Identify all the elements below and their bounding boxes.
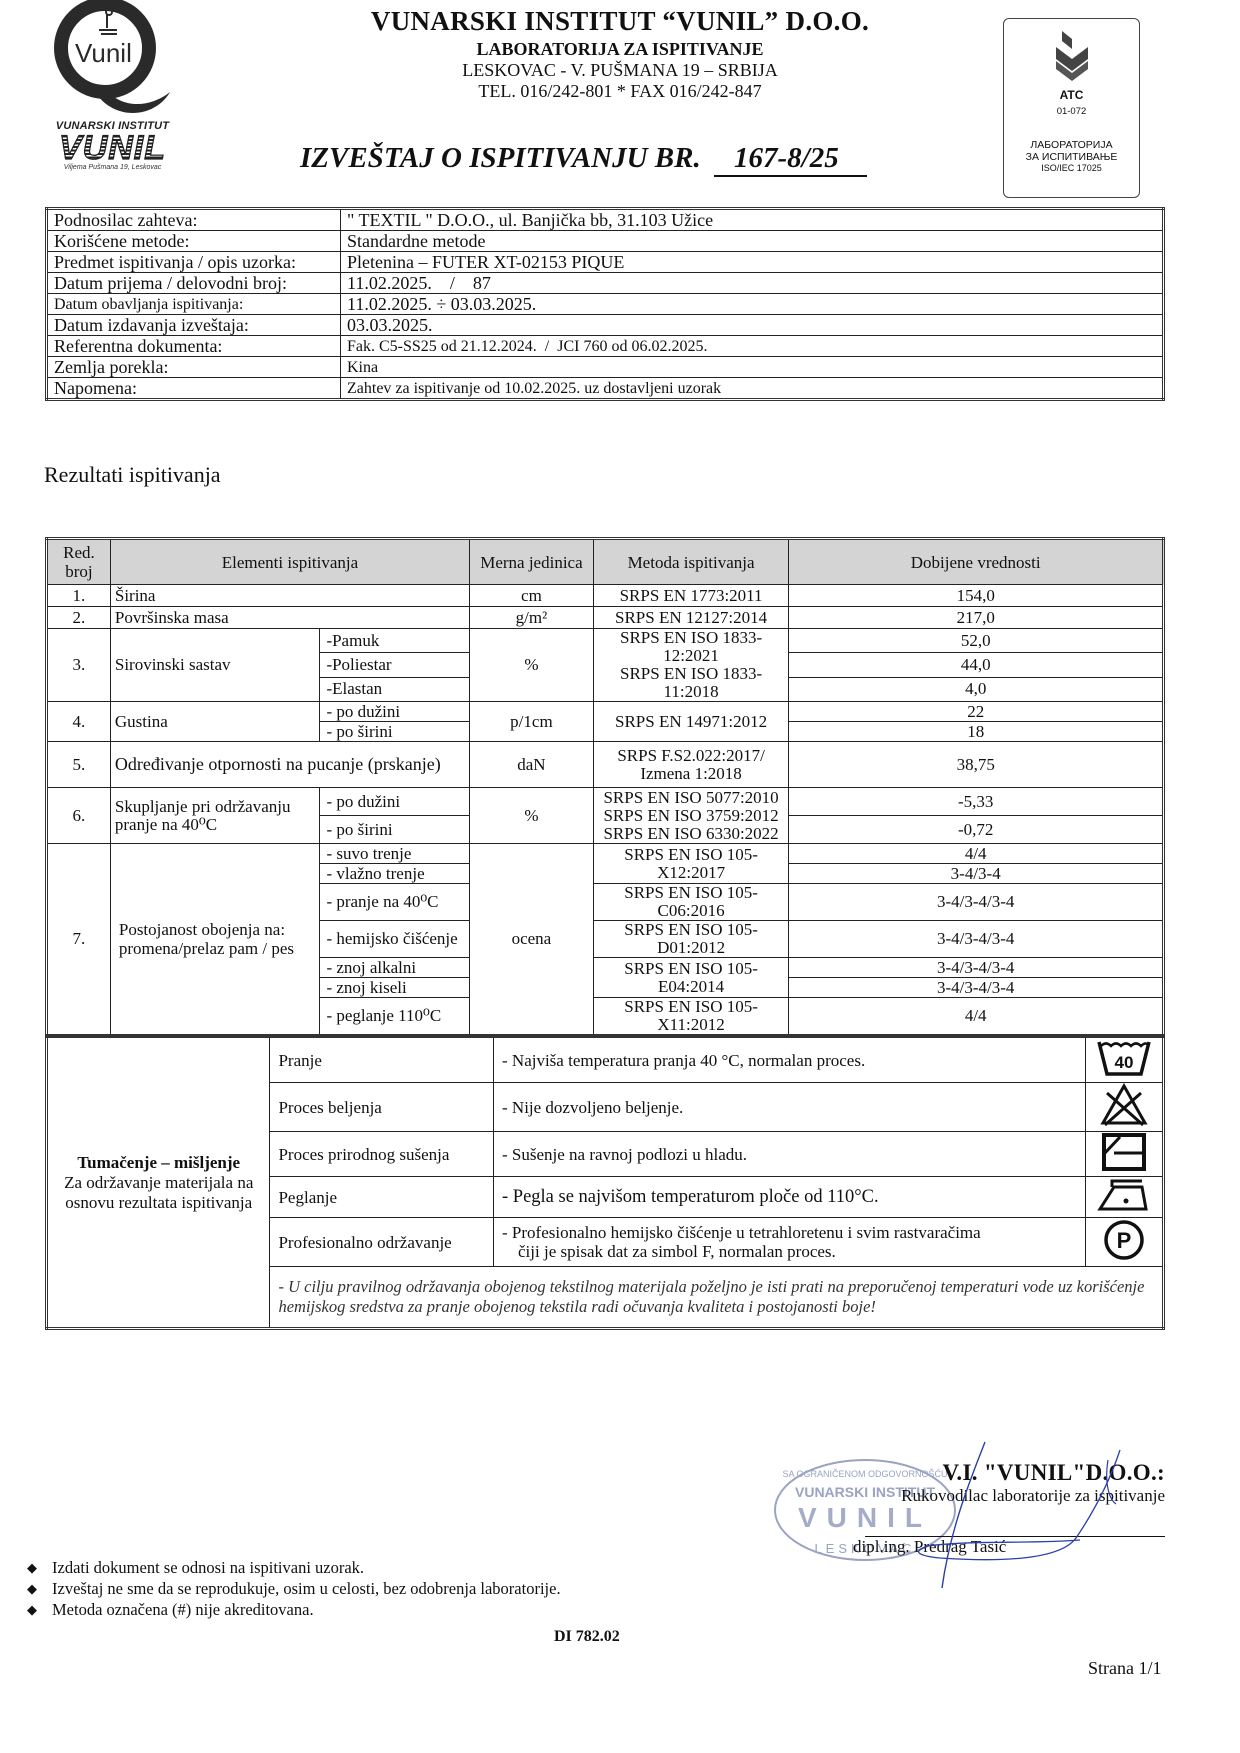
info-row: Zemlja porekla:Kina bbox=[47, 357, 1164, 378]
document-code: DI 782.02 bbox=[554, 1628, 620, 1646]
info-row: Predmet ispitivanja / opis uzorka:Pleten… bbox=[47, 252, 1164, 273]
care-note: - U cilju pravilnog održavanja obojenog … bbox=[270, 1267, 1164, 1329]
result-value: 18 bbox=[789, 722, 1164, 742]
footer-note: ◆Izdati dokument se odnosi na ispitivani… bbox=[12, 1557, 561, 1578]
info-row: Referentna dokumenta:Fak. C5-SS25 od 21.… bbox=[47, 336, 1164, 357]
no-bleach-icon bbox=[1099, 1083, 1149, 1127]
report-title-text: IZVEŠTAJ O ISPITIVANJU BR. bbox=[300, 142, 701, 174]
info-label: Napomena: bbox=[47, 378, 341, 400]
atc-lab-line2: ЗА ИСПИТИВАЊЕ bbox=[1004, 151, 1139, 163]
info-row: Datum obavljanja ispitivanja:11.02.2025.… bbox=[47, 294, 1164, 315]
info-label: Podnosilac zahteva: bbox=[47, 209, 341, 231]
lab-name: LABORATORIJA ZA ISPITIVANJE bbox=[300, 39, 940, 60]
page-number: Strana 1/1 bbox=[1088, 1658, 1162, 1679]
table-row: 3. Sirovinski sastav -Pamuk % SRPS EN IS… bbox=[47, 629, 1164, 653]
handwritten-signature bbox=[880, 1440, 1140, 1590]
org-address: LESKOVAC - V. PUŠMANA 19 – SRBIJA bbox=[300, 60, 940, 81]
result-value: -0,72 bbox=[789, 816, 1164, 844]
letterhead: VUNARSKI INSTITUT “VUNIL” D.O.O. LABORAT… bbox=[300, 6, 940, 102]
report-title: IZVEŠTAJ O ISPITIVANJU BR. 167-8/25 bbox=[300, 142, 867, 177]
result-value: 38,75 bbox=[789, 742, 1164, 788]
info-row: Datum izdavanja izveštaja:03.03.2025. bbox=[47, 315, 1164, 336]
result-value: 22 bbox=[789, 702, 1164, 722]
info-value: Fak. C5-SS25 od 21.12.2024. / JCI 760 od… bbox=[341, 336, 1164, 357]
info-value: " TEXTIL " D.O.O., ul. Banjička bb, 31.1… bbox=[341, 209, 1164, 231]
dry-flat-shade-icon bbox=[1100, 1132, 1148, 1172]
table-row: 6. Skupljanje pri održavanju pranje na 4… bbox=[47, 788, 1164, 816]
atc-mark-icon bbox=[1054, 29, 1090, 81]
table-row: 2. Površinska masa g/m² SRPS EN 12127:20… bbox=[47, 607, 1164, 629]
table-row: 1. Širina cm SRPS EN 1773:2011 154,0 bbox=[47, 585, 1164, 607]
logo-caption: VUNARSKI INSTITUT VUNIL Viljema Pušmana … bbox=[45, 120, 180, 171]
report-number: 167-8/25 bbox=[714, 142, 867, 177]
result-value: 4,0 bbox=[789, 677, 1164, 701]
result-value: 52,0 bbox=[789, 629, 1164, 653]
info-value: 11.02.2025. / 87 bbox=[341, 273, 1164, 294]
logo-brand: VUNIL bbox=[45, 132, 180, 164]
atc-number: 01-072 bbox=[1004, 106, 1139, 117]
svg-text:Vunil: Vunil bbox=[75, 38, 132, 68]
table-row: 5. Određivanje otpornosti na pucanje (pr… bbox=[47, 742, 1164, 788]
info-label: Datum obavljanja ispitivanja: bbox=[47, 294, 341, 315]
diamond-bullet-icon: ◆ bbox=[12, 1599, 52, 1620]
info-value: 11.02.2025. ÷ 03.03.2025. bbox=[341, 294, 1164, 315]
dry-clean-p-icon: P bbox=[1102, 1218, 1146, 1262]
org-name: VUNARSKI INSTITUT “VUNIL” D.O.O. bbox=[300, 6, 940, 37]
result-value: 4/4 bbox=[789, 844, 1164, 864]
info-value: Zahtev za ispitivanje od 10.02.2025. uz … bbox=[341, 378, 1164, 400]
result-value: 4/4 bbox=[789, 998, 1164, 1036]
atc-lab-line1: ЛАБОРАТОРИЈА bbox=[1004, 139, 1139, 151]
info-label: Referentna dokumenta: bbox=[47, 336, 341, 357]
info-row: Napomena:Zahtev za ispitivanje od 10.02.… bbox=[47, 378, 1164, 400]
interpretation-title: Tumačenje – mišljenje bbox=[56, 1153, 261, 1173]
care-row-washing: Tumačenje – mišljenje Za održavanje mate… bbox=[47, 1037, 1164, 1083]
info-value: Pletenina – FUTER XT-02153 PIQUE bbox=[341, 252, 1164, 273]
table-row: 7. Postojanost obojenja na: promena/prel… bbox=[47, 844, 1164, 864]
atc-standard: ISO/IEC 17025 bbox=[1004, 163, 1139, 173]
result-value: 3-4/3-4/3-4 bbox=[789, 978, 1164, 998]
header-method: Metoda ispitivanja bbox=[593, 539, 789, 585]
results-heading: Rezultati ispitivanja bbox=[44, 462, 221, 488]
wash-40-icon: 40 bbox=[1095, 1038, 1153, 1078]
footer-note: ◆Izveštaj ne sme da se reprodukuje, osim… bbox=[12, 1578, 561, 1599]
result-value: 3-4/3-4 bbox=[789, 864, 1164, 884]
header-unit: Merna jedinica bbox=[470, 539, 594, 585]
info-label: Datum izdavanja izveštaja: bbox=[47, 315, 341, 336]
svg-text:P: P bbox=[1117, 1228, 1132, 1253]
info-value: 03.03.2025. bbox=[341, 315, 1164, 336]
atc-label: ATC bbox=[1004, 88, 1139, 102]
diamond-bullet-icon: ◆ bbox=[12, 1557, 52, 1578]
logo-address: Viljema Pušmana 19, Leskovac bbox=[45, 164, 180, 171]
info-row: Korišćene metode:Standardne metode bbox=[47, 231, 1164, 252]
care-interpretation-table: Tumačenje – mišljenje Za održavanje mate… bbox=[45, 1035, 1165, 1330]
interpretation-subtitle: Za održavanje materijala na osnovu rezul… bbox=[56, 1173, 261, 1213]
info-label: Predmet ispitivanja / opis uzorka: bbox=[47, 252, 341, 273]
result-value: 3-4/3-4/3-4 bbox=[789, 921, 1164, 958]
iron-low-icon bbox=[1096, 1177, 1152, 1213]
info-value: Kina bbox=[341, 357, 1164, 378]
footer-notes: ◆Izdati dokument se odnosi na ispitivani… bbox=[12, 1557, 561, 1620]
info-label: Korišćene metode: bbox=[47, 231, 341, 252]
info-label: Zemlja porekla: bbox=[47, 357, 341, 378]
svg-text:40: 40 bbox=[1115, 1053, 1134, 1072]
vunil-q-logo: Vunil bbox=[45, 0, 175, 120]
header-value: Dobijene vrednosti bbox=[789, 539, 1164, 585]
q-logo-icon: Vunil bbox=[45, 0, 175, 120]
result-value: 154,0 bbox=[789, 585, 1164, 607]
org-contact: TEL. 016/242-801 * FAX 016/242-847 bbox=[300, 81, 940, 102]
info-row: Datum prijema / delovodni broj:11.02.202… bbox=[47, 273, 1164, 294]
table-row: 4. Gustina - po dužini p/1cm SRPS EN 149… bbox=[47, 702, 1164, 722]
result-value: 3-4/3-4/3-4 bbox=[789, 884, 1164, 921]
info-label: Datum prijema / delovodni broj: bbox=[47, 273, 341, 294]
header-no: Red. broj bbox=[47, 539, 111, 585]
result-value: 3-4/3-4/3-4 bbox=[789, 958, 1164, 978]
info-value: Standardne metode bbox=[341, 231, 1164, 252]
diamond-bullet-icon: ◆ bbox=[12, 1578, 52, 1599]
result-value: 44,0 bbox=[789, 653, 1164, 677]
accreditation-badge: ATC 01-072 ЛАБОРАТОРИЈА ЗА ИСПИТИВАЊЕ IS… bbox=[1003, 18, 1140, 198]
info-row: Podnosilac zahteva:" TEXTIL " D.O.O., ul… bbox=[47, 209, 1164, 231]
header-element: Elementi ispitivanja bbox=[110, 539, 469, 585]
result-value: -5,33 bbox=[789, 788, 1164, 816]
request-info-table: Podnosilac zahteva:" TEXTIL " D.O.O., ul… bbox=[45, 207, 1165, 401]
footer-note: ◆Metoda označena (#) nije akreditovana. bbox=[12, 1599, 561, 1620]
results-table: Red. broj Elementi ispitivanja Merna jed… bbox=[45, 537, 1165, 1037]
result-value: 217,0 bbox=[789, 607, 1164, 629]
